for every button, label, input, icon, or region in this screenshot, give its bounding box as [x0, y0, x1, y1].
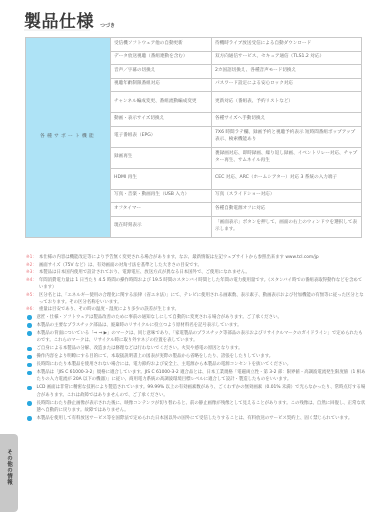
bullet-text: 本製品は「JIS C 61000-3-2」規格に適合しています。JIS C 61… [37, 369, 367, 383]
feature-cell: 録画再生 [111, 147, 212, 168]
bullet-item: 長時間にわたり静止画像が表示された後に、映像コンテンツが切り替わると、前の静止画… [26, 400, 366, 414]
footnote-mark: ※1： [26, 254, 37, 261]
title-underline [24, 29, 90, 31]
spec-table: 各種サポート機能 受信機ソフトウェア他の自動更新 待機時ライブ放送受信による自動… [25, 37, 362, 238]
footnote: ※4： 年間消費電力量は 1 日当たり 4.5 時間の操作時間および 19.5 … [26, 277, 366, 291]
bullet-item: 意匠・仕様・ソフトウェアは製品改善のために事前の通知なしにして自動的に変更される… [26, 314, 366, 321]
footnote-mark: ※4： [26, 277, 37, 291]
value-cell: 更新対応（番組表、予約リストなど） [212, 92, 362, 113]
value-cell: 2カ国語切換え、各種音声モード切換え [212, 65, 362, 79]
bullet-item: 操作内容をより明瞭にする目的にて、本取扱説明書上の図表が実際の製品から省略をした… [26, 353, 366, 360]
value-cell: パスワード設定による安心ロック対応 [212, 78, 362, 92]
footnote-mark: ※2： [26, 262, 37, 269]
feature-cell: 受信機ソフトウェア他の自動更新 [111, 38, 212, 52]
bullet-dot-icon [27, 363, 32, 368]
footnote-text: 本仕様の内容は機能改定等により予告無く変更される場合があります。なお、最新情報は… [39, 254, 366, 261]
page-subtitle: つづき [100, 22, 115, 29]
table-row: 各種サポート機能 受信機ソフトウェア他の自動更新 待機時ライブ放送受信による自動… [26, 38, 362, 52]
bullet-text: ご自身による本製品の分解、改造または修理などは行わないでください。火災や感電の原… [37, 345, 367, 352]
bullet-text: 長時間にわたり本製品を使用されない場合には、電力節約および安全上、主電源から本製… [37, 361, 367, 368]
footnote-text: 画面サイズ（75V など）は、有効画面の対角寸法を基準とした大きさの目安です。 [39, 262, 366, 269]
footnote: ※6： 重量は目安であり、その時の温度・湿度により多少の誤差が生じます。 [26, 306, 366, 313]
footnote: ※2： 画面サイズ（75V など）は、有効画面の対角寸法を基準とした大きさの目安… [26, 262, 366, 269]
value-cell: CEC 対応、ARC（ホームシアター）対応 3 系統の入力端子 [212, 168, 362, 189]
value-cell: 「画面表示」ボタンを押して、画面の右上のウィンドウを選択して表示します。 [212, 216, 362, 237]
bullet-dot-icon [27, 323, 32, 328]
bullet-item: LCD 画面は非常に精密な技術により製造されています。99.99% 以上の有効画… [26, 384, 366, 398]
footnote-mark: ※5： [26, 292, 37, 306]
feature-cell: 写真・音楽・動画再生（USB 入力） [111, 189, 212, 203]
bullet-dot-icon [27, 386, 32, 391]
feature-cell: 電子番組表（EPG） [111, 126, 212, 147]
footnote-text: 重量は目安であり、その時の温度・湿度により多少の誤差が生じます。 [39, 306, 366, 313]
footnote: ※5： 区分名とは、「エネルギー使用の合理化に関する法律（省エネ法）」にて、テレ… [26, 292, 366, 306]
bullet-dot-icon [27, 331, 32, 336]
side-section-tab-label: その他の情報 [5, 449, 13, 485]
feature-cell: 音声／字幕の切換え [111, 65, 212, 79]
footnote-mark: ※6： [26, 306, 37, 313]
bullet-text: 本製品を使用して有料放送サービス等を国際法で定められた日本国以外の国外にて受信し… [37, 415, 367, 422]
value-cell: 裏録画対応、即時録画、繰り返し録画、イベントリレー対応、チャプター再生、サムネイ… [212, 147, 362, 168]
footnote: ※3： 本製品は日本国内使用で設計されており、電源電圧、放送方式が異なる日本国外… [26, 269, 366, 276]
bullet-text: LCD 画面は非常に精密な技術により製造されています。99.99% 以上の有効画… [37, 384, 367, 398]
feature-cell: 動画・表示サイズ切換え [111, 113, 212, 127]
footnote-text: 本製品は日本国内使用で設計されており、電源電圧、放送方式が異なる日本国外で、ご使… [39, 269, 366, 276]
footnote-text: 区分名とは、「エネルギー使用の合理化に関する法律（省エネ法）」にて、テレビに使用… [39, 292, 366, 306]
footnote-text: 年間消費電力量は 1 日当たり 4.5 時間の操作時間および 19.5 時間のス… [39, 277, 366, 291]
bullet-text: 長時間にわたり静止画像が表示された後に、映像コンテンツが切り替わると、前の静止画… [37, 400, 367, 414]
value-cell: 各種自動電源オフに対応 [212, 203, 362, 217]
feature-cell: 現在時刻表示 [111, 216, 212, 237]
value-cell: 双方向通信サービス、セキュア通信（TLS1.2 対応） [212, 51, 362, 65]
bullet-dot-icon [27, 315, 32, 320]
bullet-text: 本製品の主要なプラスチック部品は、廃棄時のリサイクルに役立つよう原材料名を記号表… [37, 322, 367, 329]
bullet-dot-icon [27, 371, 32, 376]
value-cell: 待機時ライブ放送受信による自動ダウンロード [212, 38, 362, 52]
bullet-item: 本製品は「JIS C 61000-3-2」規格に適合しています。JIS C 61… [26, 369, 366, 383]
notes-section: ※1： 本仕様の内容は機能改定等により予告無く変更される場合があります。なお、最… [26, 254, 366, 423]
bullet-dot-icon [27, 355, 32, 360]
bullet-item: 本製品の背面についている「⇒ ⇒ ▶」のマークは、同じ意味であり、「家電製品のプ… [26, 330, 366, 344]
bullet-dot-icon [27, 347, 32, 352]
bullet-dot-icon [27, 416, 32, 421]
feature-cell: 視聴年齢制限番組対応 [111, 78, 212, 92]
feature-cell: チャンネル編成変更、番組流動編成変更 [111, 92, 212, 113]
value-cell: 各種サイズへ手動切換え [212, 113, 362, 127]
bullet-item: 本製品を使用して有料放送サービス等を国際法で定められた日本国以外の国外にて受信し… [26, 415, 366, 422]
value-cell: 7X6 時間ラテ欄、録画予約と視聴予約表示 短時間番組ポップアップ表示、検索機能… [212, 126, 362, 147]
feature-cell: データ放送視聴（番組連動を含む） [111, 51, 212, 65]
feature-cell: HDMI 再生 [111, 168, 212, 189]
bullet-text: 本製品の背面についている「⇒ ⇒ ▶」のマークは、同じ意味であり、「家電製品のプ… [37, 330, 367, 344]
footnote-mark: ※3： [26, 269, 37, 276]
bullet-item: 本製品の主要なプラスチック部品は、廃棄時のリサイクルに役立つよう原材料名を記号表… [26, 322, 366, 329]
bullet-text: 意匠・仕様・ソフトウェアは製品改善のために事前の通知なしにして自動的に変更される… [37, 314, 367, 321]
feature-cell: オフタイマー [111, 203, 212, 217]
bullet-text: 操作内容をより明瞭にする目的にて、本取扱説明書上の図表が実際の製品から省略をした… [37, 353, 367, 360]
bullet-dot-icon [27, 401, 32, 406]
bullet-item: 長時間にわたり本製品を使用されない場合には、電力節約および安全上、主電源から本製… [26, 361, 366, 368]
category-cell: 各種サポート機能 [26, 38, 111, 238]
value-cell: 写真（スライドショー対応） [212, 189, 362, 203]
footnote: ※1： 本仕様の内容は機能改定等により予告無く変更される場合があります。なお、最… [26, 254, 366, 261]
bullet-item: ご自身による本製品の分解、改造または修理などは行わないでください。火災や感電の原… [26, 345, 366, 352]
